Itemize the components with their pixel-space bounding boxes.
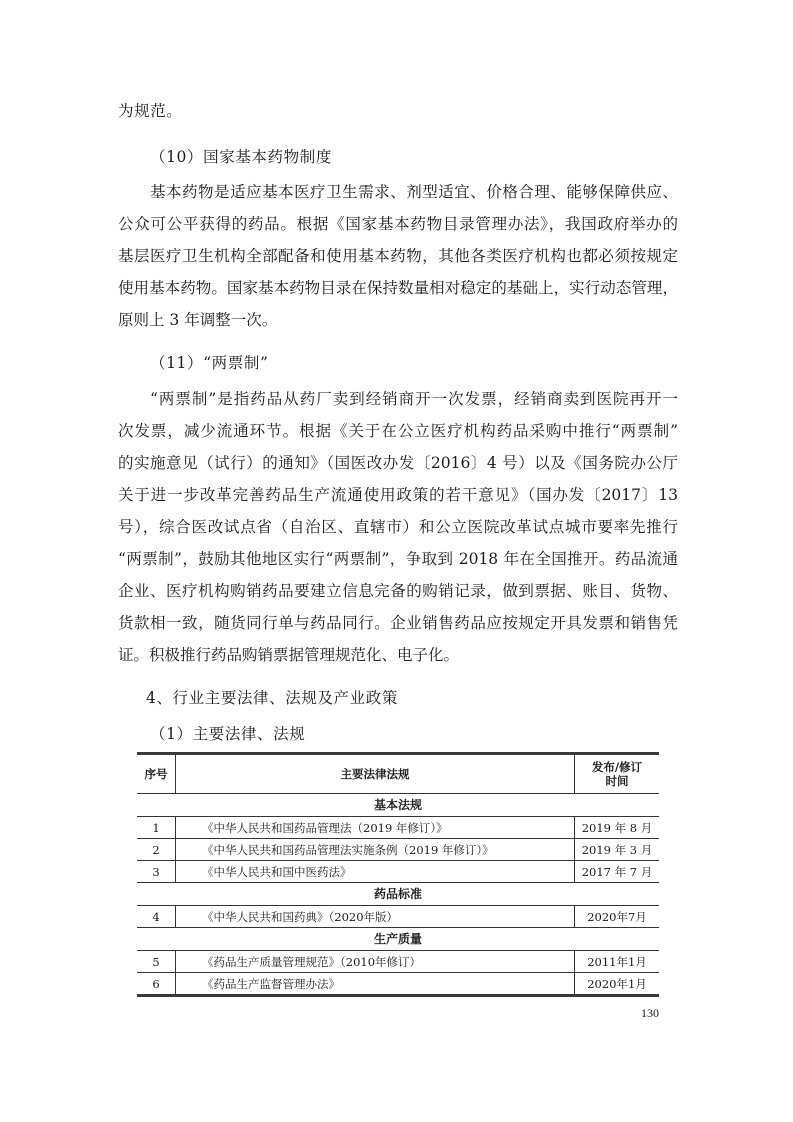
- header-date-line2: 时间: [581, 774, 653, 788]
- header-no: 序号: [137, 754, 176, 794]
- category-label: 药品标准: [137, 883, 659, 906]
- paragraph-line: “两票制”是指药品从药厂卖到经销商开一次发票，经销商卖到医院再开一: [150, 389, 678, 409]
- header-name: 主要法律法规: [176, 754, 575, 794]
- row-name: 《中华人民共和国中医药法》: [176, 861, 575, 883]
- header-date: 发布/修订 时间: [575, 754, 660, 794]
- paragraph-line: 基层医疗卫生机构全部配备和使用基本药物，其他各类医疗机构也都必须按规定: [118, 246, 678, 266]
- table-row: 4 《中华人民共和国药典》（2020年版） 2020年7月: [137, 906, 659, 928]
- row-name: 《药品生产质量管理规范》（2010年修订）: [176, 951, 575, 973]
- paragraph-tail: 为规范。: [118, 101, 182, 121]
- table-row: 6 《药品生产监督管理办法》 2020年1月: [137, 973, 659, 996]
- paragraph-line: 基本药物是适应基本医疗卫生需求、剂型适宜、价格合理、能够保障供应、: [150, 182, 678, 202]
- laws-table: 序号 主要法律法规 发布/修订 时间 基本法规 1 《中华人民共和国药品管理法（…: [137, 752, 659, 997]
- page-number: 130: [641, 1006, 659, 1021]
- category-row: 药品标准: [137, 883, 659, 906]
- paragraph-line: 的实施意见（试行）的通知》（国医改办发〔2016〕4 号）以及《国务院办公厅: [118, 453, 678, 473]
- paragraph-line: 货款相一致，随货同行单与药品同行。企业销售药品应按规定开具发票和销售凭: [118, 613, 678, 633]
- paragraph-line: 次发票，减少流通环节。根据《关于在公立医疗机构药品采购中推行“两票制”: [118, 421, 678, 441]
- paragraph-line: 关于进一步改革完善药品生产流通使用政策的若干意见》（国办发〔2017〕13: [118, 485, 678, 505]
- row-no: 6: [137, 973, 176, 996]
- row-name: 《中华人民共和国药品管理法（2019 年修订）》: [176, 817, 575, 839]
- row-date: 2020年1月: [575, 973, 660, 996]
- row-no: 5: [137, 951, 176, 973]
- section-heading-laws-policies: 4、行业主要法律、法规及产业政策: [146, 688, 398, 708]
- row-no: 2: [137, 839, 176, 861]
- row-date: 2017 年 7 月: [575, 861, 660, 883]
- paragraph-line: 原则上 3 年调整一次。: [118, 310, 678, 330]
- row-date: 2019 年 3 月: [575, 839, 660, 861]
- row-name: 《药品生产监督管理办法》: [176, 973, 575, 996]
- paragraph-line: 企业、医疗机构购销药品要建立信息完备的购销记录，做到票据、账目、货物、: [118, 581, 678, 601]
- row-no: 3: [137, 861, 176, 883]
- table-row: 3 《中华人民共和国中医药法》 2017 年 7 月: [137, 861, 659, 883]
- table-row: 5 《药品生产质量管理规范》（2010年修订） 2011年1月: [137, 951, 659, 973]
- row-name: 《中华人民共和国药典》（2020年版）: [176, 906, 575, 928]
- row-date: 2011年1月: [575, 951, 660, 973]
- row-date: 2020年7月: [575, 906, 660, 928]
- row-date: 2019 年 8 月: [575, 817, 660, 839]
- subsection-heading-main-laws: （1）主要法律、法规: [150, 724, 305, 744]
- category-label: 生产质量: [137, 928, 659, 951]
- document-page: 为规范。 （10）国家基本药物制度 基本药物是适应基本医疗卫生需求、剂型适宜、价…: [0, 0, 793, 1122]
- table-row: 2 《中华人民共和国药品管理法实施条例（2019 年修订）》 2019 年 3 …: [137, 839, 659, 861]
- category-label: 基本法规: [137, 794, 659, 817]
- paragraph-line: 使用基本药物。国家基本药物目录在保持数量相对稳定的基础上，实行动态管理，: [118, 278, 678, 298]
- table-row: 1 《中华人民共和国药品管理法（2019 年修订）》 2019 年 8 月: [137, 817, 659, 839]
- table-header-row: 序号 主要法律法规 发布/修订 时间: [137, 754, 659, 794]
- row-no: 4: [137, 906, 176, 928]
- paragraph-line: 公众可公平获得的药品。根据《国家基本药物目录管理办法》，我国政府举办的: [118, 214, 678, 234]
- section-heading-two-invoice: （11）“两票制”: [150, 353, 268, 373]
- paragraph-line: “两票制”，鼓励其他地区实行“两票制”，争取到 2018 年在全国推开。药品流通: [118, 549, 678, 569]
- paragraph-line: 号），综合医改试点省（自治区、直辖市）和公立医院改革试点城市要率先推行: [118, 517, 678, 537]
- category-row: 基本法规: [137, 794, 659, 817]
- row-no: 1: [137, 817, 176, 839]
- row-name: 《中华人民共和国药品管理法实施条例（2019 年修订）》: [176, 839, 575, 861]
- paragraph-line: 证。积极推行药品购销票据管理规范化、电子化。: [118, 645, 678, 665]
- category-row: 生产质量: [137, 928, 659, 951]
- section-heading-essential-drugs: （10）国家基本药物制度: [150, 147, 332, 167]
- header-date-line1: 发布/修订: [581, 760, 653, 774]
